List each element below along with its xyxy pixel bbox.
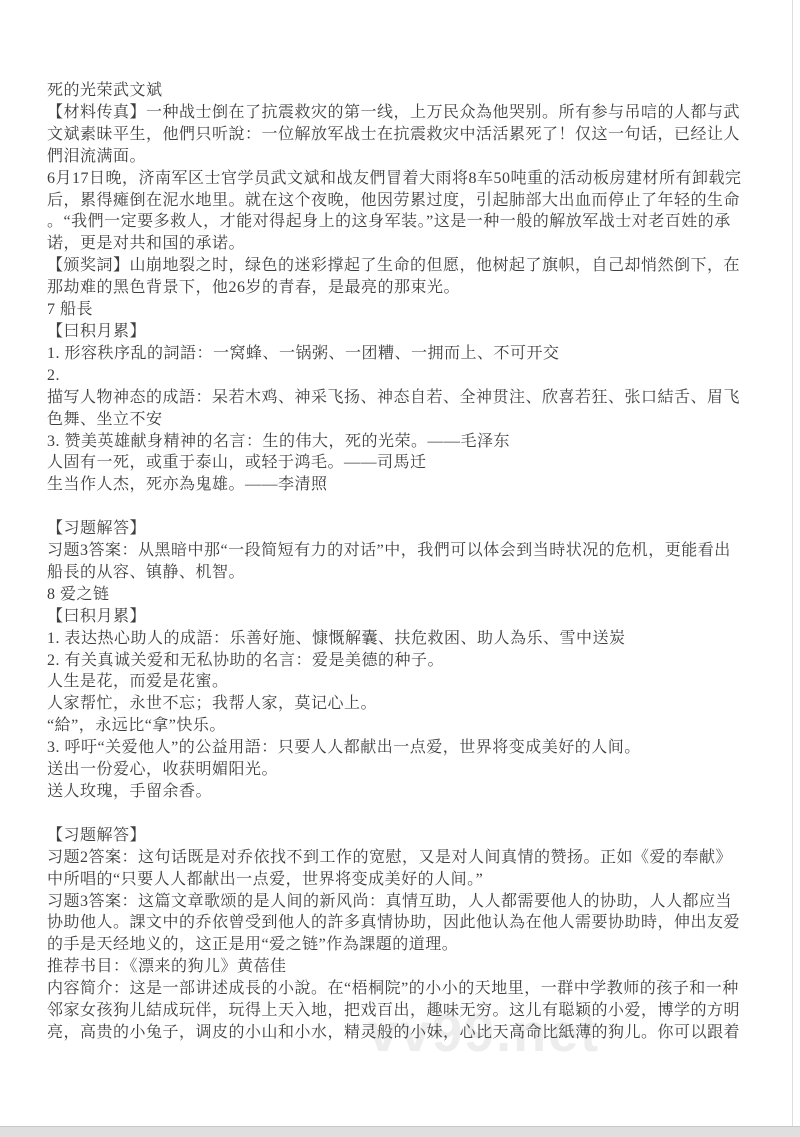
text-line: 人生是花，而爱是花蜜。 xyxy=(47,671,763,693)
text-line: 7 船長 xyxy=(47,299,763,321)
document-text: 死的光荣武文斌【材料传真】一种战士倒在了抗震救灾的第一线，上万民众為他哭别。所有… xyxy=(47,80,763,1044)
text-line: 的手是天经地义的，这正是用“爱之链”作為課題的道理。 xyxy=(47,934,763,956)
blank-line xyxy=(47,803,763,825)
text-line: 内容简介：这是一部讲述成長的小說。在“梧桐院”的小小的天地里，一群中学教师的孩子… xyxy=(47,978,763,1000)
document-page: vv99.net 死的光荣武文斌【材料传真】一种战士倒在了抗震救灾的第一线，上万… xyxy=(0,0,800,1137)
text-line: “給”，永远比“拿”快乐。 xyxy=(47,715,763,737)
text-line: 6月17日晚，济南军区士官学员武文斌和战友們冒着大雨将8车50吨重的活动板房建材… xyxy=(47,168,763,190)
text-line: 【习题解答】 xyxy=(47,518,763,540)
text-line: 【习题解答】 xyxy=(47,825,763,847)
text-line: 【曰积月累】 xyxy=(47,606,763,628)
text-line: 诺，更是对共和国的承诺。 xyxy=(47,233,763,255)
text-line: 【颁奖詞】山崩地裂之时，绿色的迷彩撑起了生命的但愿，他树起了旗帜，自己却悄然倒下… xyxy=(47,255,763,277)
text-line: 协助他人。課文中的乔依曾受到他人的許多真情协助，因此他认為在他人需要协助時，伸出… xyxy=(47,912,763,934)
text-line: 描写人物神态的成語：呆若木鸡、神采飞扬、神态自若、全神贯注、欣喜若狂、张口結舌、… xyxy=(47,387,763,409)
text-line: 生当作人杰，死亦為鬼雄。——李清照 xyxy=(47,474,763,496)
text-line: 1. 表达热心助人的成語：乐善好施、慷慨解囊、扶危救困、助人為乐、雪中送炭 xyxy=(47,628,763,650)
text-line: 們泪流满面。 xyxy=(47,146,763,168)
page-bottom-bar xyxy=(0,1126,800,1137)
text-line: 邻家女孩狗儿結成玩伴，玩得上天入地，把戏百出，趣味无穷。这儿有聪颖的小爱，博学的… xyxy=(47,1000,763,1022)
text-line: 文斌素昧平生，他們只听說：一位解放军战士在抗震救灾中活活累死了！仅这一句话，已经… xyxy=(47,124,763,146)
text-line: 【曰积月累】 xyxy=(47,321,763,343)
text-line: 那劫难的黑色背景下，他26岁的青春，是最亮的那束光。 xyxy=(47,277,763,299)
text-line: 1. 形容秩序乱的詞語：一窝蜂、一锅粥、一团糟、一拥而上、不可开交 xyxy=(47,343,763,365)
text-line: 色舞、坐立不安 xyxy=(47,409,763,431)
text-line: 中所唱的“只要人人都献出一点爱，世界将变成美好的人间。” xyxy=(47,869,763,891)
text-line: 船長的从容、镇静、机智。 xyxy=(47,562,763,584)
text-line: 人固有一死，或重于泰山，或轻于鸿毛。——司馬迁 xyxy=(47,452,763,474)
text-line: 3. 呼吁“关爱他人”的公益用語：只要人人都献出一点爱，世界将变成美好的人间。 xyxy=(47,737,763,759)
text-line: 送人玫瑰，手留余香。 xyxy=(47,781,763,803)
text-line: 亮，高贵的小兔子，调皮的小山和小水，精灵般的小妹，心比天高命比紙薄的狗儿。你可以… xyxy=(47,1022,763,1044)
text-line: 人家帮忙，永世不忘；我帮人家，莫记心上。 xyxy=(47,693,763,715)
text-line: 3. 赞美英雄献身精神的名言：生的伟大，死的光荣。——毛泽东 xyxy=(47,431,763,453)
text-line: 【材料传真】一种战士倒在了抗震救灾的第一线，上万民众為他哭别。所有参与吊唁的人都… xyxy=(47,102,763,124)
text-line: 8 爱之链 xyxy=(47,584,763,606)
text-line: 推荐书目：《漂来的狗儿》黄蓓佳 xyxy=(47,956,763,978)
text-line: 死的光荣武文斌 xyxy=(47,80,763,102)
text-line: 2. 有关真诚关爱和无私协助的名言：爱是美德的种子。 xyxy=(47,650,763,672)
text-line: 习题3答案：从黑暗中那“一段简短有力的对话”中，我們可以体会到当時状况的危机，更… xyxy=(47,540,763,562)
text-line: 送出一份爱心，收获明媚阳光。 xyxy=(47,759,763,781)
text-line: 。“我們一定要多救人，才能对得起身上的这身军装。”这是一种一般的解放军战士对老百… xyxy=(47,211,763,233)
text-line: 习题3答案：这篇文章歌颂的是人间的新风尚：真情互助，人人都需要他人的协助，人人都… xyxy=(47,891,763,913)
text-line: 习题2答案：这句话既是对乔依找不到工作的宽慰，又是对人间真情的赞扬。正如《爱的奉… xyxy=(47,847,763,869)
text-line: 2. xyxy=(47,365,763,387)
page-right-edge xyxy=(792,0,793,1126)
blank-line xyxy=(47,496,763,518)
text-line: 后，累得瘫倒在泥水地里。就在这个夜晚，他因劳累过度，引起肺部大出血而停止了年轻的… xyxy=(47,190,763,212)
